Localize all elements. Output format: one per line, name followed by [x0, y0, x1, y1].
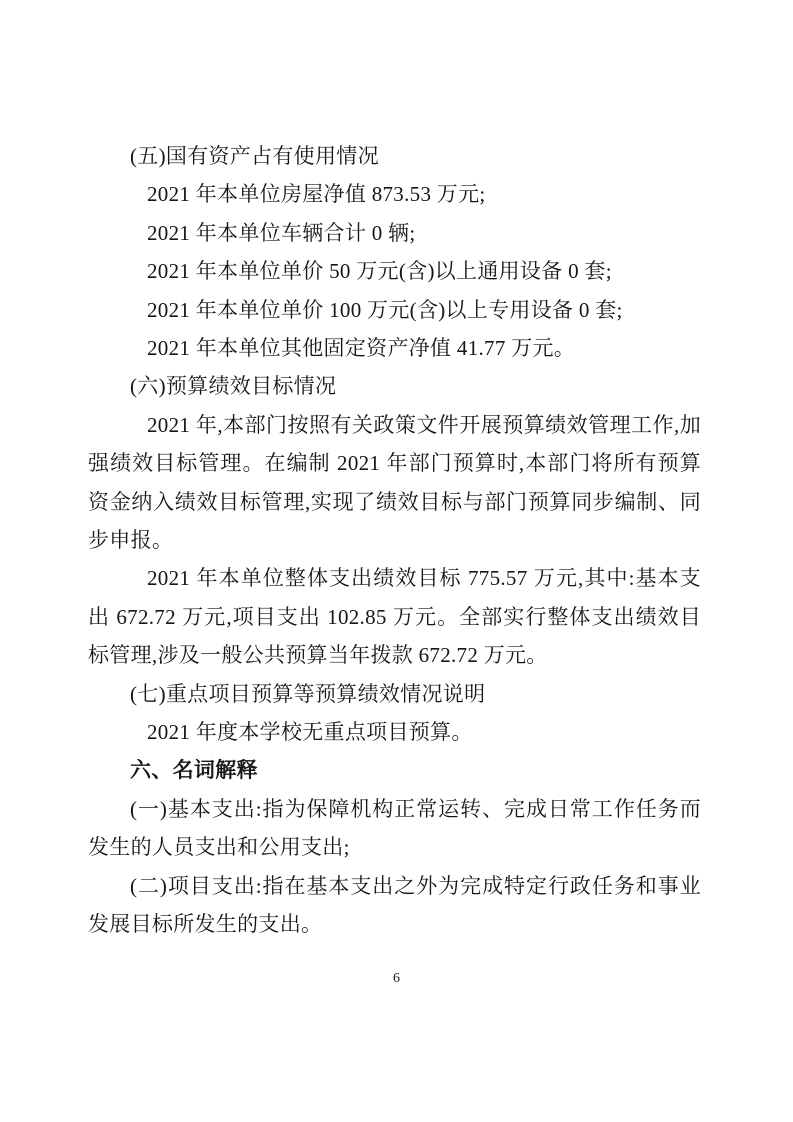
line-house-net-value: 2021 年本单位房屋净值 873.53 万元;: [88, 175, 701, 213]
para-performance-management: 2021 年,本部门按照有关政策文件开展预算绩效管理工作,加强绩效目标管理。在编…: [88, 406, 701, 560]
line-general-equipment: 2021 年本单位单价 50 万元(含)以上通用设备 0 套;: [88, 252, 701, 290]
para-overall-expenditure-targets: 2021 年本单位整体支出绩效目标 775.57 万元,其中:基本支出 672.…: [88, 559, 701, 674]
chapter-heading-terminology: 六、名词解释: [88, 752, 701, 790]
section-heading-state-assets: (五)国有资产占有使用情况: [88, 137, 701, 175]
line-other-fixed-assets: 2021 年本单位其他固定资产净值 41.77 万元。: [88, 329, 701, 367]
line-no-key-projects: 2021 年度本学校无重点项目预算。: [88, 713, 701, 751]
section-heading-performance-targets: (六)预算绩效目标情况: [88, 367, 701, 405]
para-basic-expenditure-definition: (一)基本支出:指为保障机构正常运转、完成日常工作任务而发生的人员支出和公用支出…: [88, 790, 701, 867]
line-special-equipment: 2021 年本单位单价 100 万元(含)以上专用设备 0 套;: [88, 291, 701, 329]
section-heading-key-projects: (七)重点项目预算等预算绩效情况说明: [88, 675, 701, 713]
para-project-expenditure-definition: (二)项目支出:指在基本支出之外为完成特定行政任务和事业发展目标所发生的支出。: [88, 867, 701, 944]
document-page: (五)国有资产占有使用情况 2021 年本单位房屋净值 873.53 万元; 2…: [0, 0, 793, 1122]
page-number: 6: [0, 971, 793, 987]
line-vehicle-total: 2021 年本单位车辆合计 0 辆;: [88, 214, 701, 252]
document-body: (五)国有资产占有使用情况 2021 年本单位房屋净值 873.53 万元; 2…: [88, 137, 701, 944]
